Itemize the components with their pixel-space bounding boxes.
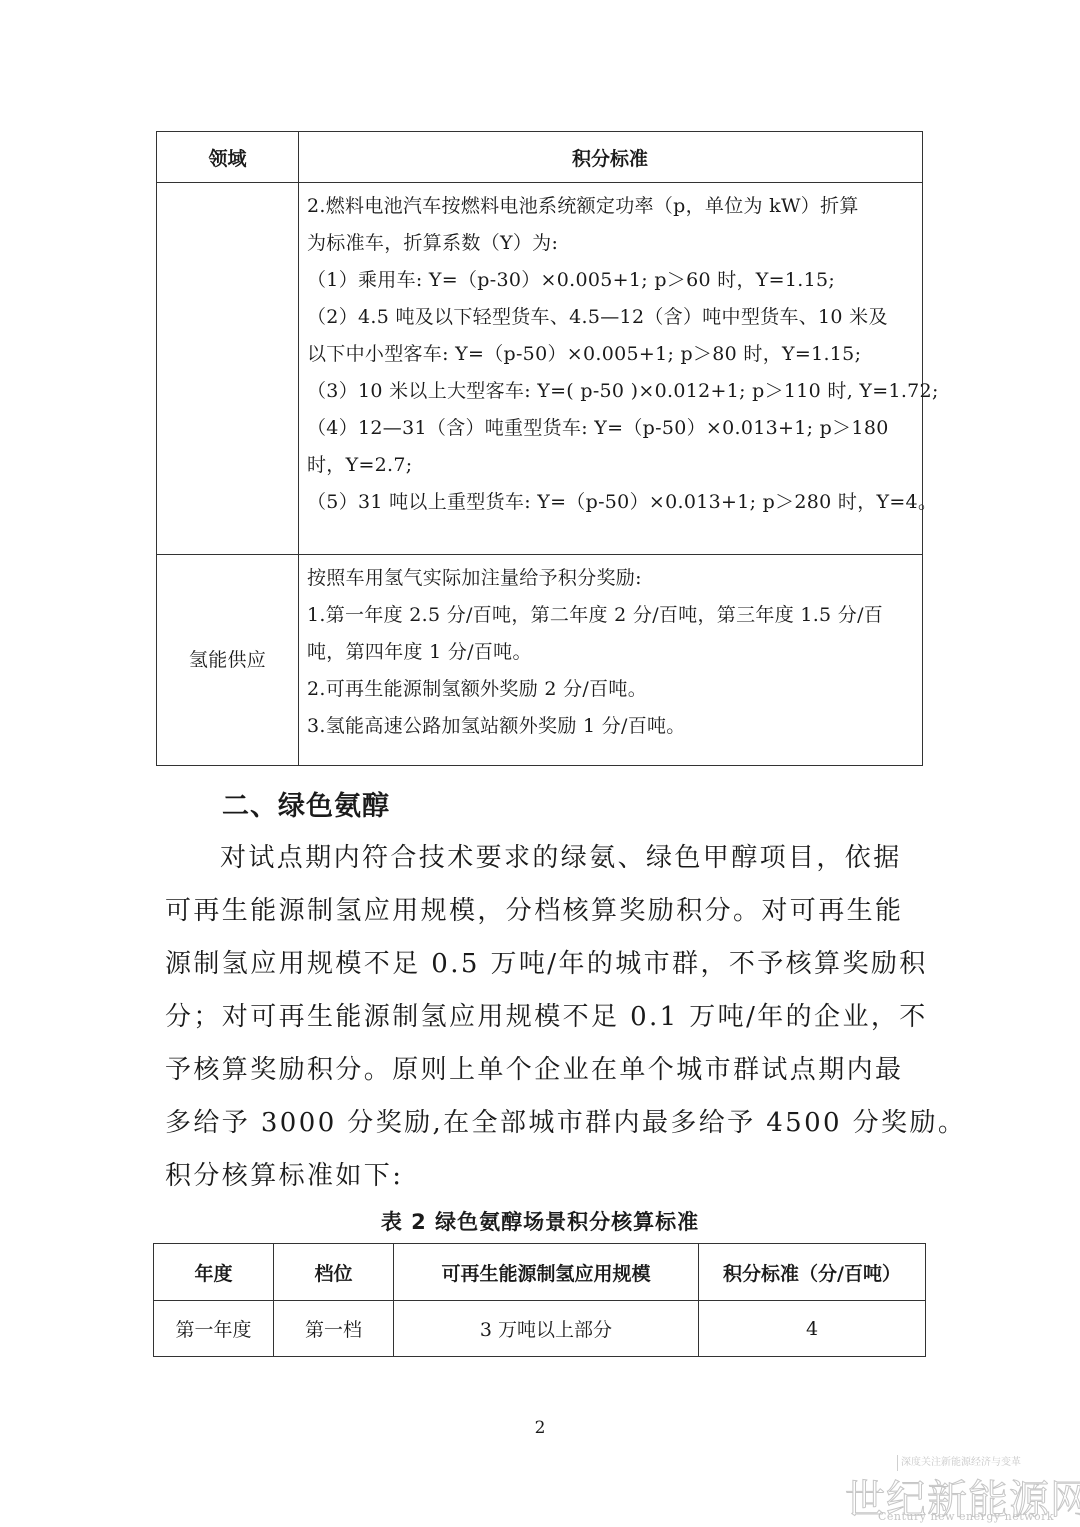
- scoring-standards-table: 领域 积分标准 2.燃料电池汽车按燃料电池系统额定功率（p，单位为 kW）折算 …: [156, 131, 923, 766]
- watermark-subtitle: Century new energy network: [878, 1510, 1054, 1523]
- green-ammonia-methanol-table: 年度 档位 可再生能源制氢应用规模 积分标准（分/百吨） 第一年度 第一档 3 …: [153, 1243, 926, 1357]
- row-content-fuel-cell: 2.燃料电池汽车按燃料电池系统额定功率（p，单位为 kW）折算 为标准车，折算系…: [307, 188, 919, 521]
- header-tier: 档位: [274, 1244, 393, 1300]
- paragraph-line: 源制氢应用规模不足 0.5 万吨/年的城市群，不予核算奖励积: [165, 938, 925, 991]
- cell-scale: 3 万吨以上部分: [394, 1301, 698, 1356]
- text-line: 时，Y=2.7;: [307, 447, 919, 484]
- text-line: 按照车用氢气实际加注量给予积分奖励:: [307, 560, 919, 597]
- text-line: （2）4.5 吨及以下轻型货车、4.5—12（含）吨中型货车、10 米及: [307, 299, 919, 336]
- text-line: 2.可再生能源制氢额外奖励 2 分/百吨。: [307, 671, 919, 708]
- paragraph-line: 对试点期内符合技术要求的绿氨、绿色甲醇项目，依据: [165, 832, 925, 885]
- row-divider: [157, 554, 922, 555]
- paragraph-line: 分；对可再生能源制氢应用规模不足 0.1 万吨/年的企业，不: [165, 991, 925, 1044]
- header-year: 年度: [154, 1244, 273, 1300]
- page-number: 2: [0, 1418, 1080, 1438]
- header-scale: 可再生能源制氢应用规模: [394, 1244, 698, 1300]
- cell-year: 第一年度: [154, 1301, 273, 1356]
- text-line: （1）乘用车: Y=（p-30）×0.005+1; p＞60 时，Y=1.15;: [307, 262, 919, 299]
- header-divider: [157, 182, 922, 183]
- table-caption: 表 2 绿色氨醇场景积分核算标准: [0, 1206, 1080, 1236]
- section-paragraph: 对试点期内符合技术要求的绿氨、绿色甲醇项目，依据 可再生能源制氢应用规模，分档核…: [165, 832, 925, 1203]
- header-points-standard: 积分标准（分/百吨）: [699, 1244, 925, 1300]
- text-line: （4）12—31（含）吨重型货车: Y=（p-50）×0.013+1; p＞18…: [307, 410, 919, 447]
- row-domain-hydrogen-supply: 氢能供应: [157, 642, 298, 679]
- cell-tier: 第一档: [274, 1301, 393, 1356]
- section-heading: 二、绿色氨醇: [222, 784, 390, 823]
- text-line: （3）10 米以上大型客车: Y=( p-50 )×0.012+1; p＞110…: [307, 373, 919, 410]
- cell-points: 4: [699, 1301, 925, 1356]
- text-line: 吨，第四年度 1 分/百吨。: [307, 634, 919, 671]
- paragraph-line: 多给予 3000 分奖励,在全部城市群内最多给予 4500 分奖励。: [165, 1097, 925, 1150]
- row-content-hydrogen-supply: 按照车用氢气实际加注量给予积分奖励: 1.第一年度 2.5 分/百吨，第二年度 …: [307, 560, 919, 745]
- text-line: 3.氢能高速公路加氢站额外奖励 1 分/百吨。: [307, 708, 919, 745]
- paragraph-line: 可再生能源制氢应用规模，分档核算奖励积分。对可再生能: [165, 885, 925, 938]
- header-domain: 领域: [157, 132, 298, 182]
- text-line: 为标准车，折算系数（Y）为:: [307, 225, 919, 262]
- text-line: 2.燃料电池汽车按燃料电池系统额定功率（p，单位为 kW）折算: [307, 188, 919, 225]
- text-line: （5）31 吨以上重型货车: Y=（p-50）×0.013+1; p＞280 时…: [307, 484, 919, 521]
- column-divider: [298, 132, 299, 765]
- paragraph-line: 积分核算标准如下:: [165, 1150, 925, 1203]
- paragraph-line: 予核算奖励积分。原则上单个企业在单个城市群试点期内最: [165, 1044, 925, 1097]
- text-line: 以下中小型客车: Y=（p-50）×0.005+1; p＞80 时，Y=1.15…: [307, 336, 919, 373]
- header-standard: 积分标准: [298, 132, 922, 182]
- text-line: 1.第一年度 2.5 分/百吨，第二年度 2 分/百吨，第三年度 1.5 分/百: [307, 597, 919, 634]
